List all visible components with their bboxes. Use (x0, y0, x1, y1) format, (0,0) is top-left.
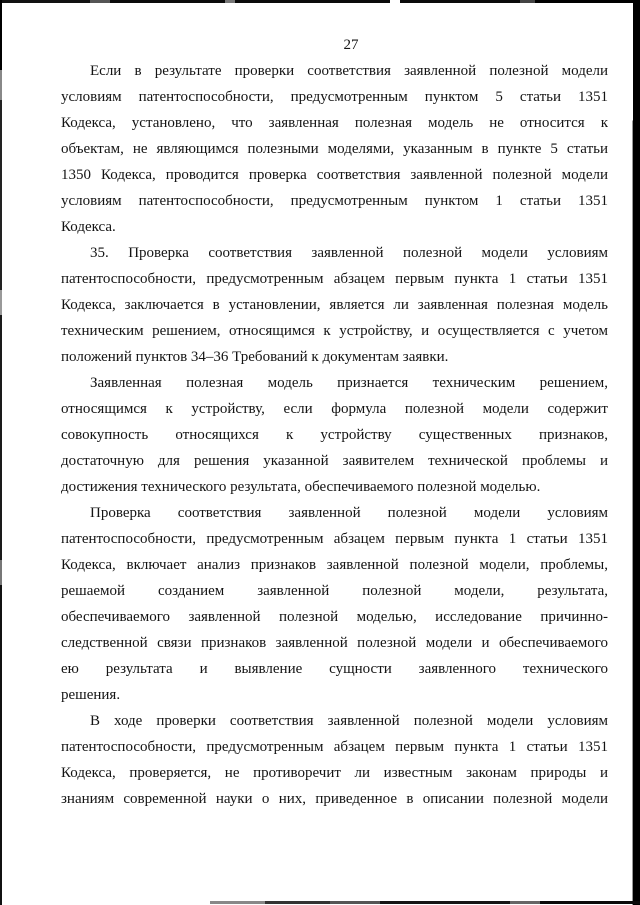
page-number: 27 (61, 34, 640, 56)
text-line: Кодекса, установлено, что заявленная пол… (61, 110, 608, 136)
text-line: патентоспособности, предусмотренным абза… (61, 526, 608, 552)
text-line: знаниям современной науки о них, приведе… (61, 786, 608, 812)
text-line: Кодекса. (61, 214, 608, 240)
scan-artifact-right-edge (633, 0, 640, 905)
text-line: ею результата и выявление сущности заявл… (61, 656, 608, 682)
text-line: Кодекса, проверяется, не противоречит ли… (61, 760, 608, 786)
scan-artifact-top-edge (0, 0, 640, 3)
text-line: обеспечиваемого заявленной полезной моде… (61, 604, 608, 630)
scan-artifact-bottom-edge (210, 901, 640, 904)
text-line: достижения технического результата, обес… (61, 474, 608, 500)
scanned-document-page: { "page": { "number": "27" }, "colors": … (0, 0, 640, 905)
text-line: достаточную для решения указанной заявит… (61, 448, 608, 474)
text-line: техническим решением, относящимся к устр… (61, 318, 608, 344)
text-line: Если в результате проверки соответствия … (61, 58, 608, 84)
text-line: решаемой созданием заявленной полезной м… (61, 578, 608, 604)
scan-artifact-left-edge (0, 0, 2, 905)
text-line: патентоспособности, предусмотренным абза… (61, 266, 608, 292)
text-line: В ходе проверки соответствия заявленной … (61, 708, 608, 734)
text-line: совокупность относящихся к устройству су… (61, 422, 608, 448)
document-text: Если в результате проверки соответствия … (61, 58, 608, 812)
text-line: 1350 Кодекса, проводится проверка соотве… (61, 162, 608, 188)
text-line: следственной связи признаков заявленной … (61, 630, 608, 656)
text-line: Кодекса, включает анализ признаков заявл… (61, 552, 608, 578)
text-line: Проверка соответствия заявленной полезно… (61, 500, 608, 526)
text-line: Заявленная полезная модель признается те… (61, 370, 608, 396)
text-line: положений пунктов 34–36 Требований к док… (61, 344, 608, 370)
text-line: решения. (61, 682, 608, 708)
text-line: условиям патентоспособности, предусмотре… (61, 84, 608, 110)
text-line: условиям патентоспособности, предусмотре… (61, 188, 608, 214)
text-line: 35. Проверка соответствия заявленной пол… (61, 240, 608, 266)
text-line: Кодекса, заключается в установлении, явл… (61, 292, 608, 318)
text-line: патентоспособности, предусмотренным абза… (61, 734, 608, 760)
text-line: объектам, не являющимся полезными моделя… (61, 136, 608, 162)
text-line: относящимся к устройству, если формула п… (61, 396, 608, 422)
